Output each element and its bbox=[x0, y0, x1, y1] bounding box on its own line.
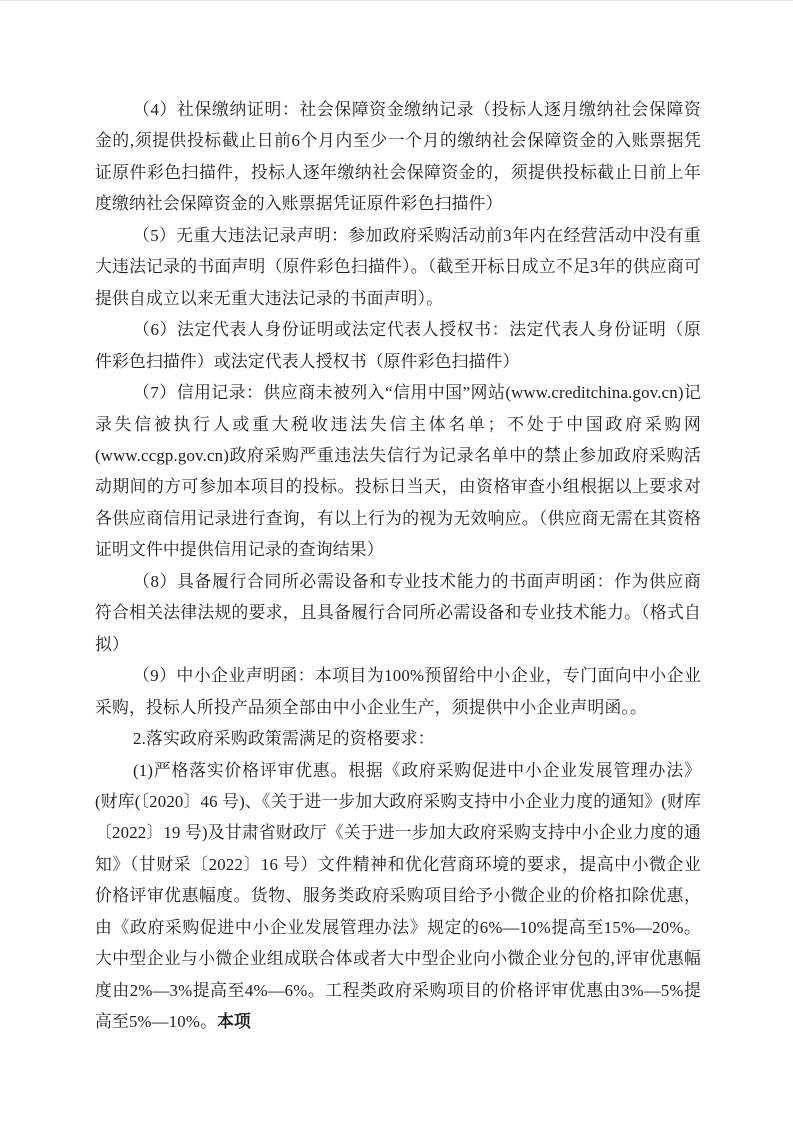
paragraph-social-insurance-proof: （4）社保缴纳证明：社会保障资金缴纳记录（投标人逐月缴纳社会保障资金的,须提供投… bbox=[95, 94, 701, 220]
document-page: （4）社保缴纳证明：社会保障资金缴纳记录（投标人逐月缴纳社会保障资金的,须提供投… bbox=[0, 0, 793, 1122]
paragraph-legal-representative-id: （6）法定代表人身份证明或法定代表人授权书：法定代表人身份证明（原件彩色扫描件）… bbox=[95, 314, 701, 377]
paragraph-credit-record: （7）信用记录：供应商未被列入“信用中国”网站(www.creditchina.… bbox=[95, 377, 701, 566]
paragraph-bold-run: 本项 bbox=[217, 1012, 251, 1031]
paragraph-text-run: (1)严格落实价格评审优惠。根据《政府采购促进中小企业发展管理办法》(财库(〔2… bbox=[95, 761, 701, 1032]
paragraph-price-review-preference: (1)严格落实价格评审优惠。根据《政府采购促进中小企业发展管理办法》(财库(〔2… bbox=[95, 755, 701, 1038]
paragraph-equipment-capability-declaration: （8）具备履行合同所必需设备和专业技术能力的书面声明函：作为供应商符合相关法律法… bbox=[95, 566, 701, 660]
scan-edge-line bbox=[0, 0, 793, 1]
paragraph-sme-declaration: （9）中小企业声明函：本项目为100%预留给中小企业，专门面向中小企业采购，投标… bbox=[95, 660, 701, 723]
paragraph-no-major-violation-declaration: （5）无重大违法记录声明：参加政府采购活动前3年内在经营活动中没有重大违法记录的… bbox=[95, 220, 701, 314]
section-heading-procurement-policy: 2.落实政府采购政策需满足的资格要求： bbox=[95, 723, 701, 754]
document-content: （4）社保缴纳证明：社会保障资金缴纳记录（投标人逐月缴纳社会保障资金的,须提供投… bbox=[95, 94, 701, 1038]
